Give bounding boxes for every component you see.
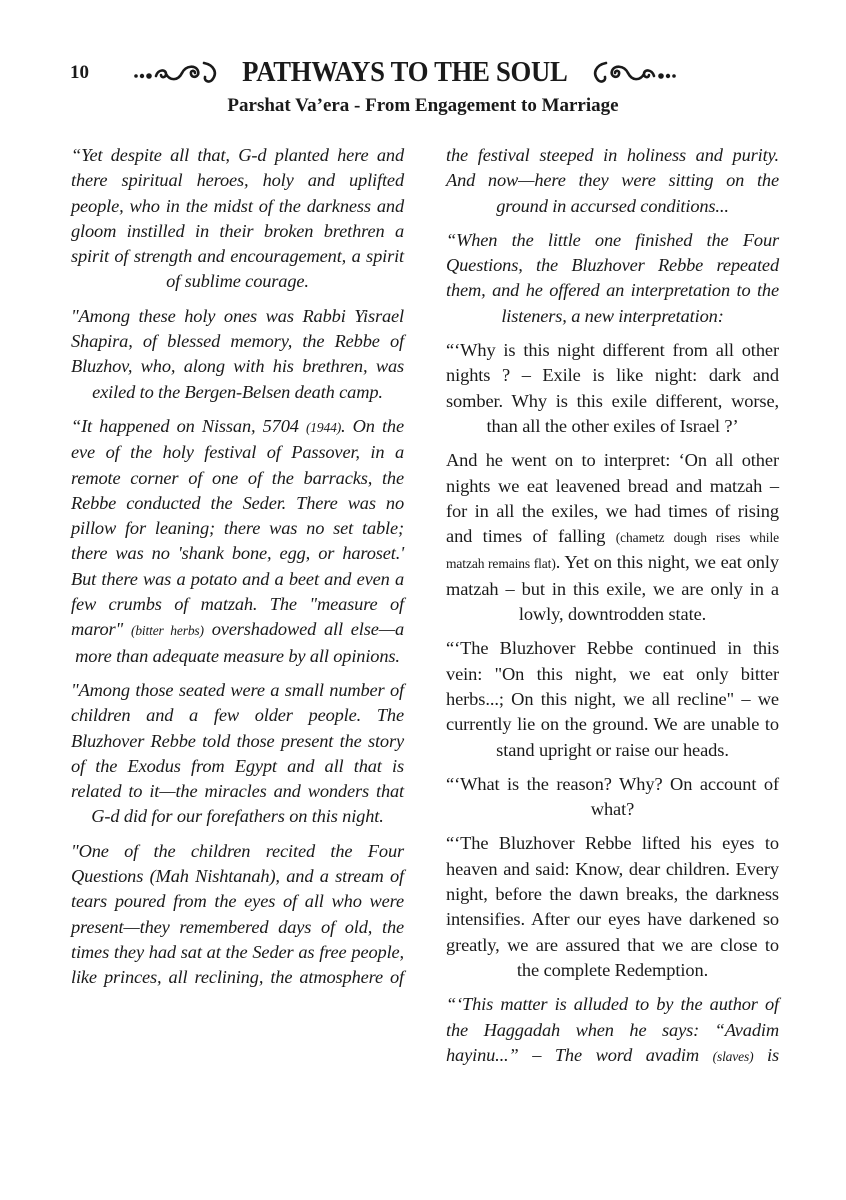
paragraph: “‘This matter is alluded to by the autho… <box>446 992 779 1069</box>
paragraph: "Among those seated were a small number … <box>71 678 404 830</box>
paragraph-text: is <box>753 1045 779 1065</box>
paragraph: “It happened on Nissan, 5704 (1944). On … <box>71 414 404 669</box>
translation-note: (bitter herbs) <box>131 623 204 638</box>
chapter-subtitle: Parshat Va’era - From Engagement to Marr… <box>0 95 846 117</box>
page-header: 10 PATHWAYS TO THE SOUL <box>0 52 846 92</box>
swirl-ornament-icon <box>132 59 224 85</box>
paragraph-text: . On the eve of the holy festival of Pas… <box>71 416 404 639</box>
book-title: PATHWAYS TO THE SOUL <box>242 52 567 92</box>
paragraph: "One of the children recited the Four Qu… <box>71 839 404 991</box>
right-column: the festival steeped in holiness and pur… <box>446 143 779 1078</box>
paragraph: “‘Why is this night different from all o… <box>446 338 779 439</box>
left-column: “Yet despite all that, G-d planted here … <box>71 143 404 1000</box>
year-note: (1944) <box>306 420 341 435</box>
paragraph: “Yet despite all that, G-d planted here … <box>71 143 404 295</box>
translation-note: (slaves) <box>713 1049 754 1064</box>
paragraph: "Among these holy ones was Rabbi Yisrael… <box>71 304 404 405</box>
paragraph: “‘The Bluzhover Rebbe continued in this … <box>446 636 779 762</box>
swirl-ornament-icon <box>586 59 678 85</box>
paragraph: “When the little one finished the Four Q… <box>446 228 779 329</box>
paragraph: And he went on to interpret: ‘On all oth… <box>446 448 779 627</box>
paragraph-text: “It happened on Nissan, 5704 <box>71 416 306 436</box>
page-number: 10 <box>70 62 89 84</box>
paragraph: the festival steeped in holiness and pur… <box>446 143 779 219</box>
running-title: PATHWAYS TO THE SOUL <box>132 52 678 92</box>
paragraph: “‘The Bluzhover Rebbe lifted his eyes to… <box>446 831 779 983</box>
paragraph: “‘What is the reason? Why? On account of… <box>446 772 779 823</box>
